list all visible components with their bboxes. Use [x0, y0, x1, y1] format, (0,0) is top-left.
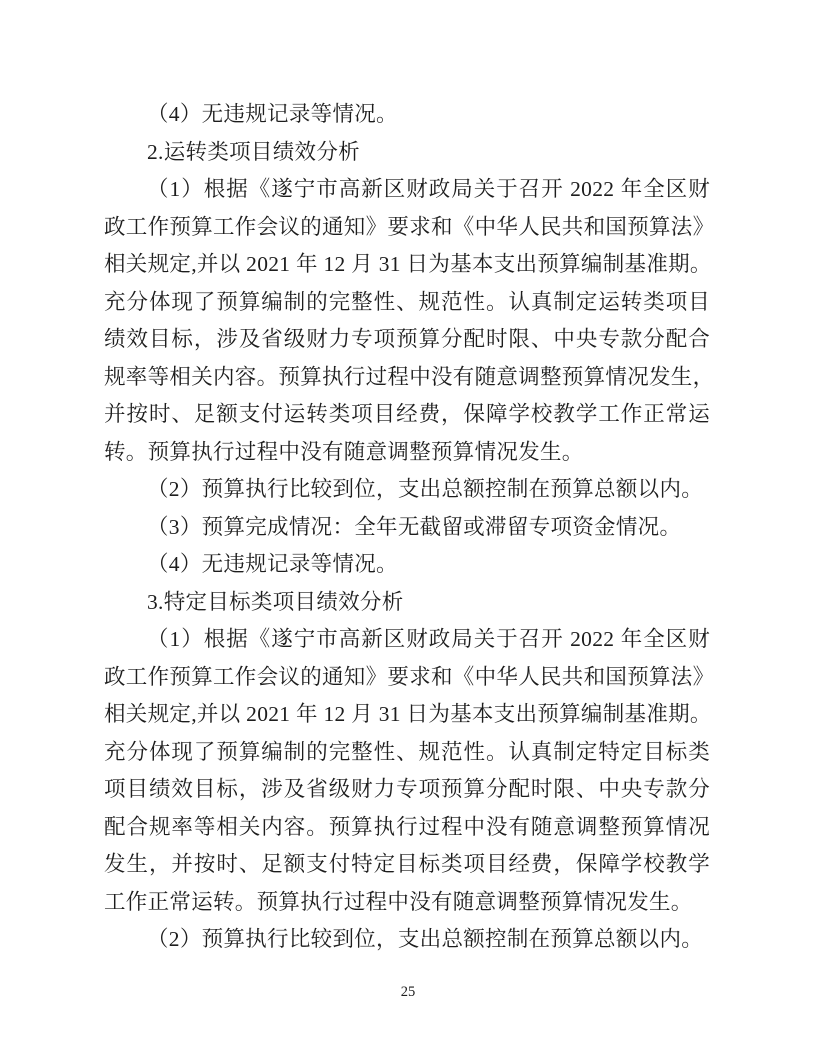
text-line: （3）预算完成情况：全年无截留或滞留专项资金情况。 [104, 509, 710, 547]
text-line: 并按时、足额支付运转类项目经费，保障学校教学工作正常运 [104, 396, 710, 434]
document-page: （4）无违规记录等情况。2.运转类项目绩效分析（1）根据《遂宁市高新区财政局关于… [0, 0, 816, 1056]
paragraph: （4）无违规记录等情况。 [104, 546, 710, 584]
text-line: （2）预算执行比较到位，支出总额控制在预算总额以内。 [104, 471, 710, 509]
text-line: （1）根据《遂宁市高新区财政局关于召开 2022 年全区财 [104, 171, 710, 209]
text-line: 工作正常运转。预算执行过程中没有随意调整预算情况发生。 [104, 884, 710, 922]
text-line: 转。预算执行过程中没有随意调整预算情况发生。 [104, 434, 710, 472]
paragraph: （1）根据《遂宁市高新区财政局关于召开 2022 年全区财政工作预算工作会议的通… [104, 621, 710, 921]
text-line: 发生，并按时、足额支付特定目标类项目经费，保障学校教学 [104, 846, 710, 884]
paragraph: （2）预算执行比较到位，支出总额控制在预算总额以内。 [104, 921, 710, 959]
text-line: （4）无违规记录等情况。 [104, 96, 710, 134]
text-line: 3.特定目标类项目绩效分析 [104, 584, 710, 622]
text-line: 规率等相关内容。预算执行过程中没有随意调整预算情况发生， [104, 359, 710, 397]
text-line: （2）预算执行比较到位，支出总额控制在预算总额以内。 [104, 921, 710, 959]
paragraph: （1）根据《遂宁市高新区财政局关于召开 2022 年全区财政工作预算工作会议的通… [104, 171, 710, 471]
text-line: （1）根据《遂宁市高新区财政局关于召开 2022 年全区财 [104, 621, 710, 659]
text-line: 充分体现了预算编制的完整性、规范性。认真制定特定目标类 [104, 734, 710, 772]
text-line: 充分体现了预算编制的完整性、规范性。认真制定运转类项目 [104, 284, 710, 322]
text-line: 政工作预算工作会议的通知》要求和《中华人民共和国预算法》 [104, 209, 710, 247]
paragraph: （3）预算完成情况：全年无截留或滞留专项资金情况。 [104, 509, 710, 547]
text-line: 配合规率等相关内容。预算执行过程中没有随意调整预算情况 [104, 809, 710, 847]
page-number: 25 [0, 984, 816, 1001]
text-line: （4）无违规记录等情况。 [104, 546, 710, 584]
text-line: 绩效目标，涉及省级财力专项预算分配时限、中央专款分配合 [104, 321, 710, 359]
paragraph: （4）无违规记录等情况。 [104, 96, 710, 134]
text-line: 政工作预算工作会议的通知》要求和《中华人民共和国预算法》 [104, 659, 710, 697]
text-line: 项目绩效目标，涉及省级财力专项预算分配时限、中央专款分 [104, 771, 710, 809]
paragraph: 3.特定目标类项目绩效分析 [104, 584, 710, 622]
text-line: 相关规定,并以 2021 年 12 月 31 日为基本支出预算编制基准期。 [104, 696, 710, 734]
document-body: （4）无违规记录等情况。2.运转类项目绩效分析（1）根据《遂宁市高新区财政局关于… [104, 96, 710, 959]
paragraph: 2.运转类项目绩效分析 [104, 134, 710, 172]
text-line: 2.运转类项目绩效分析 [104, 134, 710, 172]
paragraph: （2）预算执行比较到位，支出总额控制在预算总额以内。 [104, 471, 710, 509]
text-line: 相关规定,并以 2021 年 12 月 31 日为基本支出预算编制基准期。 [104, 246, 710, 284]
